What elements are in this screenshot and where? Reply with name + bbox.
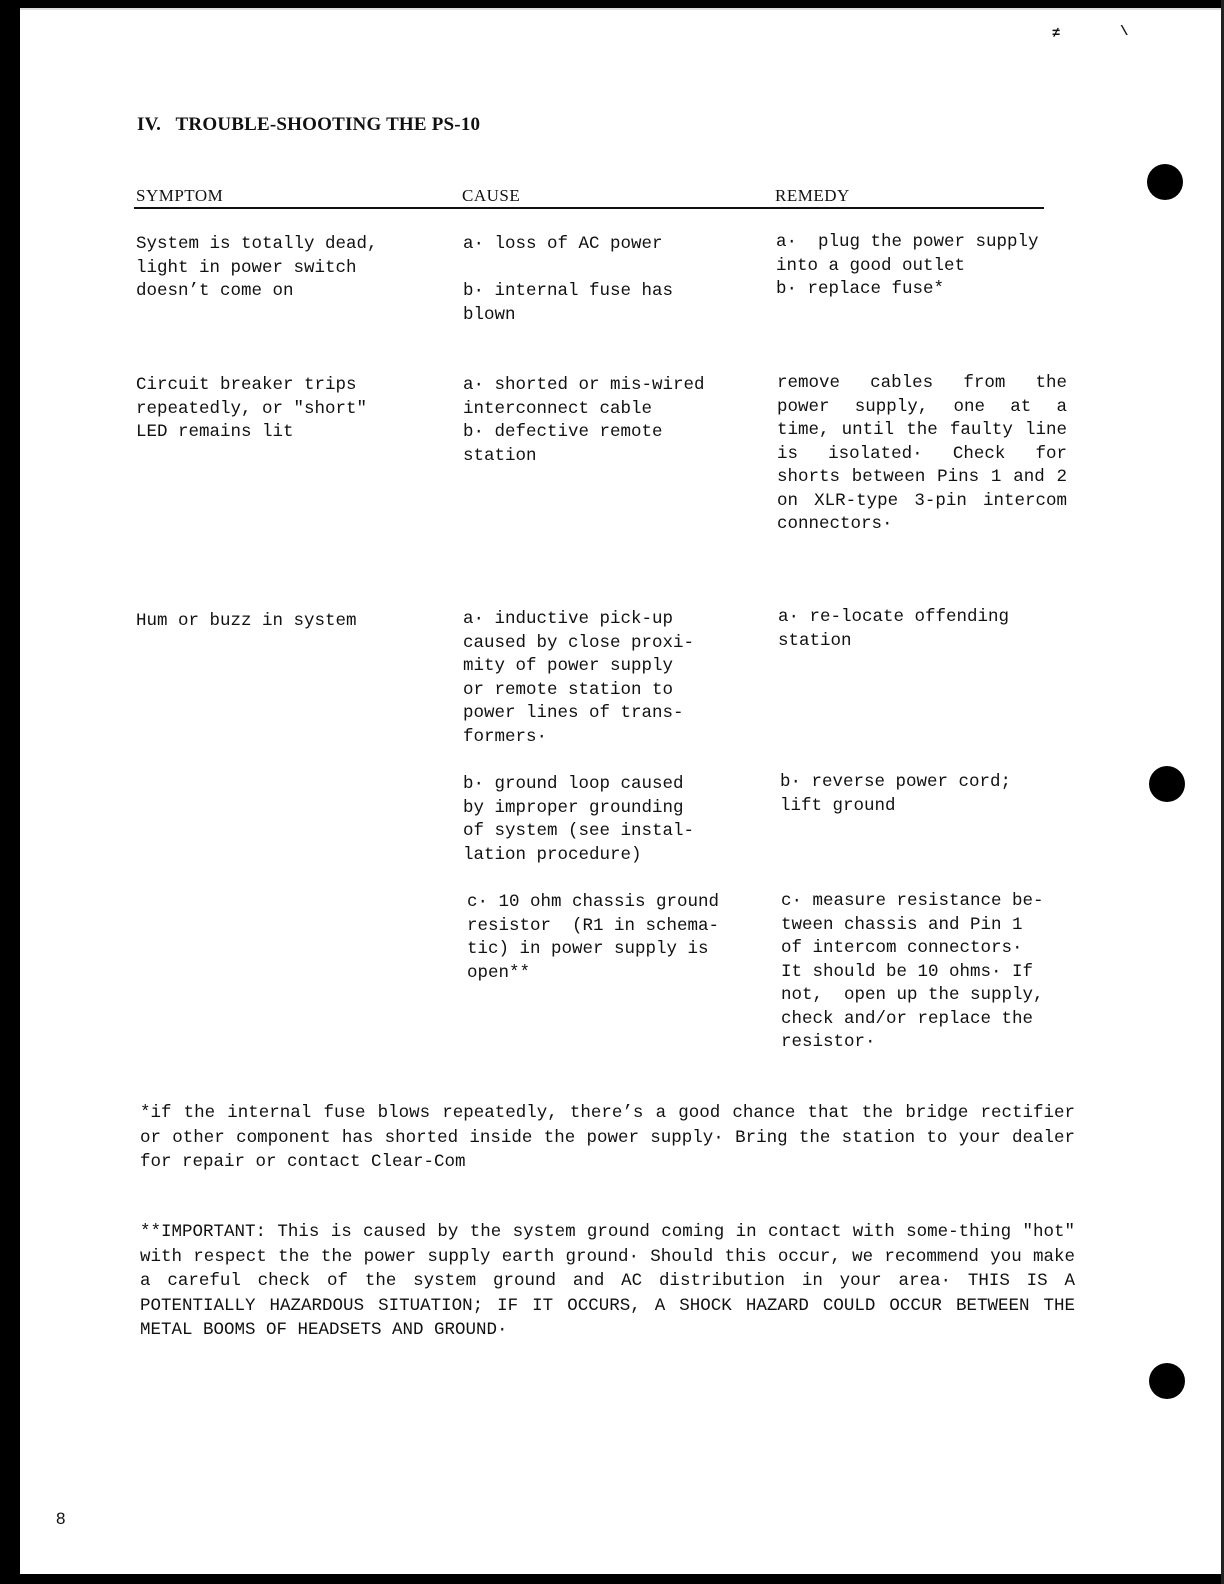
column-header-symptom: SYMPTOM — [136, 186, 223, 206]
binder-hole-punch — [1147, 164, 1183, 200]
column-header-cause: CAUSE — [462, 186, 520, 206]
scan-edge-bottom — [0, 1574, 1224, 1584]
row3-cause-b: b· ground loop caused by improper ground… — [463, 773, 694, 867]
row2-symptom: Circuit breaker trips repeatedly, or "sh… — [136, 374, 367, 445]
section-heading: TROUBLE-SHOOTING THE PS-10 — [176, 114, 481, 135]
scan-edge-left — [0, 0, 20, 1584]
footnote-important-warning: **IMPORTANT: This is caused by the syste… — [140, 1220, 1075, 1343]
header-underline — [134, 207, 1044, 209]
scan-edge-top-shadow — [20, 8, 1221, 10]
binder-hole-punch — [1149, 1363, 1185, 1399]
row1-cause-a: a· loss of AC power — [463, 233, 663, 257]
scan-speck-mark: ≠ — [1052, 26, 1060, 42]
row1-cause-b: b· internal fuse has blown — [463, 280, 673, 327]
row3-remedy-b: b· reverse power cord; lift ground — [780, 771, 1011, 818]
column-header-remedy: REMEDY — [775, 186, 850, 206]
footnote-fuse: *if the internal fuse blows repeatedly, … — [140, 1101, 1075, 1175]
row3-remedy-a: a· re-locate offending station — [778, 606, 1009, 653]
binder-hole-punch — [1149, 766, 1185, 802]
row3-cause-a: a· inductive pick-up caused by close pro… — [463, 608, 694, 749]
page-number: 8 — [56, 1509, 65, 1529]
scan-speck-mark: \ — [1120, 24, 1128, 40]
row3-cause-c: c· 10 ohm chassis ground resistor (R1 in… — [467, 891, 719, 985]
row1-symptom: System is totally dead, light in power s… — [136, 233, 378, 304]
row2-remedy: remove cables from the power supply, one… — [777, 372, 1067, 537]
row3-remedy-c: c· measure resistance be- tween chassis … — [781, 890, 1044, 1055]
row1-remedy: a· plug the power supply into a good out… — [776, 231, 1039, 302]
section-title: IV. TROUBLE-SHOOTING THE PS-10 — [137, 114, 480, 136]
scan-edge-top — [0, 0, 1224, 8]
row3-symptom: Hum or buzz in system — [136, 610, 357, 634]
row2-cause: a· shorted or mis-wired interconnect cab… — [463, 374, 705, 468]
section-numeral: IV. — [137, 114, 161, 135]
